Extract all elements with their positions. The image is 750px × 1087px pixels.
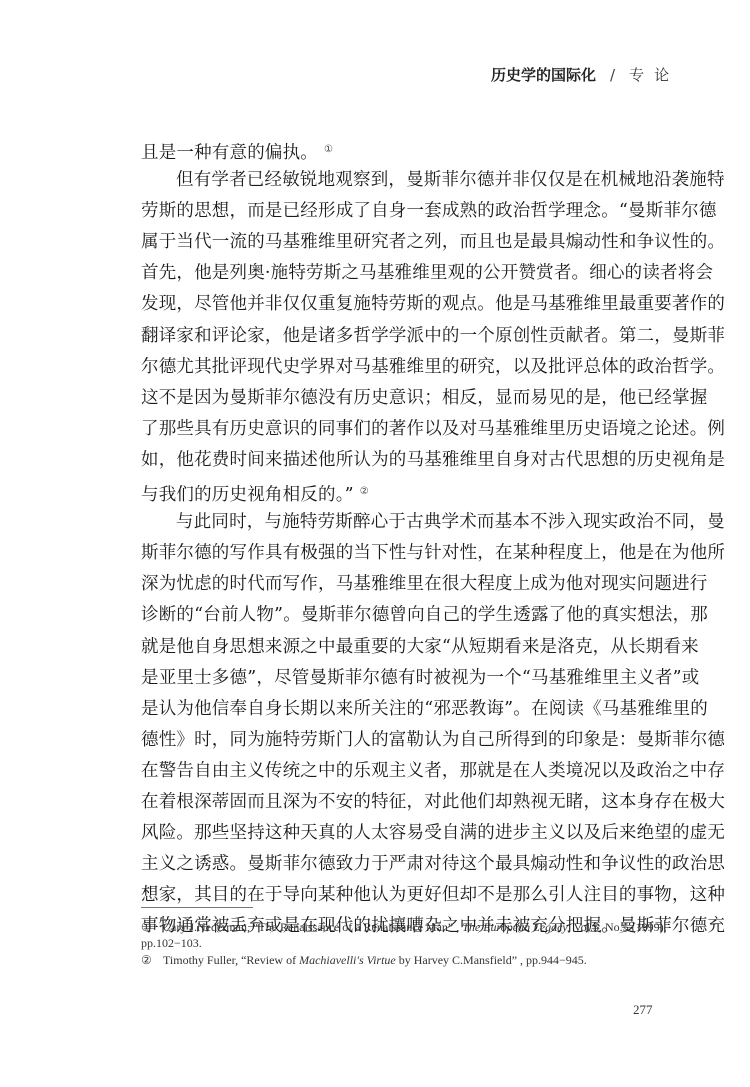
body-line: 尔德尤其批评现代史学界对马基雅维里的研究，以及批评总体的政治哲学。 xyxy=(141,352,661,383)
body-line-text: 但有学者已经敏锐地观察到，曼斯菲尔德并非仅仅是在机械地沿袭施特 xyxy=(176,170,725,190)
body-line-text: 与此同时，与施特劳斯醉心于古典学术而基本不涉入现实政治不同，曼 xyxy=(176,512,725,532)
footnote-2-post: by Harvey C.Mansfield” , pp.944−945. xyxy=(396,953,587,967)
body-line: 属于当代一流的马基雅维里研究者之列，而且也是最具煽动性和争议性的。 xyxy=(141,227,661,258)
body-line: 诊断的“台前人物”。曼斯菲尔德曾向自己的学生透露了他的真实想法，那 xyxy=(141,600,661,631)
running-header: 历史学的国际化/专论 xyxy=(491,64,679,85)
body-line: 在着根深蒂固而且深为不安的特征，对此他们却熟视无睹，这本身存在极大 xyxy=(141,787,661,818)
body-line-text: 这不是因为曼斯菲尔德没有历史意识；相反，显而易见的是，他已经掌握 xyxy=(141,388,707,408)
body-line: 如，他花费时间来描述他所认为的马基雅维里自身对古代思想的历史视角是 xyxy=(141,445,661,476)
body-line: 风险。那些坚持这种天真的人太容易受自满的进步主义以及后来绝望的虚无 xyxy=(141,818,661,849)
body-line: 在警告自由主义传统之中的乐观主义者，那就是在人类境况以及政治之中存 xyxy=(141,756,661,787)
page-number: 277 xyxy=(633,1002,653,1018)
body-line-text: 劳斯的思想，而是已经形成了自身一套成熟的政治哲学理念。“曼斯菲尔德 xyxy=(141,201,717,221)
footnote-divider xyxy=(141,907,253,908)
body-line-text: 属于当代一流的马基雅维里研究者之列，而且也是最具煽动性和争议性的。 xyxy=(141,232,725,252)
body-line-text: 深为忧虑的时代而写作，马基雅维里在很大程度上成为他对现实问题进行 xyxy=(141,574,707,594)
body-text: 且是一种有意的偏执。①但有学者已经敏锐地观察到，曼斯菲尔德并非仅仅是在机械地沿袭… xyxy=(141,134,661,942)
body-line: 主义之诱惑。曼斯菲尔德致力于严肃对待这个最具煽动性和争议性的政治思 xyxy=(141,849,661,880)
body-line: 是认为他信奉自身长期以来所关注的“邪恶教诲”。在阅读《马基雅维里的 xyxy=(141,694,661,725)
footnote-1: ①Cary J.Nederman, “The Renaissance of a … xyxy=(141,920,686,936)
body-line: 与此同时，与施特劳斯醉心于古典学术而基本不涉入现实政治不同，曼 xyxy=(141,507,661,538)
body-line-text: 发现，尽管他并非仅仅重复施特劳斯的观点。他是马基雅维里最重要著作的 xyxy=(141,294,725,314)
footnote-2-book-title: Machiavelli's Virtue xyxy=(299,953,396,967)
body-line: 深为忧虑的时代而写作，马基雅维里在很大程度上成为他对现实问题进行 xyxy=(141,569,661,600)
body-line-text: 翻译家和评论家，他是诸多哲学学派中的一个原创性贡献者。第二，曼斯菲 xyxy=(141,326,725,346)
body-line-text: 与我们的历史视角相反的。” xyxy=(141,485,354,505)
body-line-text: 斯菲尔德的写作具有极强的当下性与针对性，在某种程度上，他是在为他所 xyxy=(141,543,725,563)
body-line: 就是他自身思想来源之中最重要的大家“从短期看来是洛克，从长期看来 xyxy=(141,632,661,663)
body-line: 这不是因为曼斯菲尔德没有历史意识；相反，显而易见的是，他已经掌握 xyxy=(141,383,661,414)
footnotes: ①Cary J.Nederman, “The Renaissance of a … xyxy=(141,920,686,969)
body-line: 翻译家和评论家，他是诸多哲学学派中的一个原创性贡献者。第二，曼斯菲 xyxy=(141,321,661,352)
body-line-text: 主义之诱惑。曼斯菲尔德致力于严肃对待这个最具煽动性和争议性的政治思 xyxy=(141,854,725,874)
body-line-text: 诊断的“台前人物”。曼斯菲尔德曾向自己的学生透露了他的真实想法，那 xyxy=(141,605,708,625)
footnote-2-pre: Timothy Fuller, “Review of xyxy=(163,953,299,967)
footnote-1-post: , Vol.5, No.5 (1999), xyxy=(568,920,667,934)
body-line-text: 在警告自由主义传统之中的乐观主义者，那就是在人类境况以及政治之中存 xyxy=(141,761,725,781)
footnote-1-continuation: pp.102−103. xyxy=(141,936,686,952)
body-line-text: 了那些具有历史意识的同事们的著作以及对马基雅维里历史语境之论述。例 xyxy=(141,419,725,439)
body-line-text: 是亚里士多德”，尽管曼斯菲尔德有时被视为一个“马基雅维里主义者”或 xyxy=(141,668,699,688)
running-header-title: 历史学的国际化 xyxy=(491,66,596,84)
body-line: 发现，尽管他并非仅仅重复施特劳斯的观点。他是马基雅维里最重要著作的 xyxy=(141,289,661,320)
body-line-text: 在着根深蒂固而且深为不安的特征，对此他们却熟视无睹，这本身存在极大 xyxy=(141,792,725,812)
body-line: 德性》时，同为施特劳斯门人的富勒认为自己所得到的印象是：曼斯菲尔德 xyxy=(141,725,661,756)
body-line-text: 如，他花费时间来描述他所认为的马基雅维里自身对古代思想的历史视角是 xyxy=(141,450,725,470)
footnote-2: ②Timothy Fuller, “Review of Machiavelli'… xyxy=(141,953,686,969)
running-header-section: 专论 xyxy=(629,66,679,84)
body-line-text: 是认为他信奉自身长期以来所关注的“邪恶教诲”。在阅读《马基雅维里的 xyxy=(141,699,708,719)
body-line-text: 且是一种有意的偏执。 xyxy=(141,143,318,163)
body-line: 首先，他是列奥·施特劳斯之马基雅维里观的公开赞赏者。细心的读者将会 xyxy=(141,258,661,289)
body-line: 但有学者已经敏锐地观察到，曼斯菲尔德并非仅仅是在机械地沿袭施特 xyxy=(141,165,661,196)
footnote-2-number: ② xyxy=(141,953,163,969)
body-line-text: 想家，其目的在于导向某种他认为更好但却不是那么引人注目的事物，这种 xyxy=(141,885,725,905)
body-line-text: 就是他自身思想来源之中最重要的大家“从短期看来是洛克，从长期看来 xyxy=(141,637,699,657)
footnote-1-number: ① xyxy=(141,920,163,936)
body-line: 且是一种有意的偏执。① xyxy=(141,134,661,165)
body-line: 斯菲尔德的写作具有极强的当下性与针对性，在某种程度上，他是在为他所 xyxy=(141,538,661,569)
footnote-1-pre: Cary J.Nederman, “The Renaissance of a R… xyxy=(163,920,462,934)
body-line-text: 德性》时，同为施特劳斯门人的富勒认为自己所得到的印象是：曼斯菲尔德 xyxy=(141,730,725,750)
body-line-text: 风险。那些坚持这种天真的人太容易受自满的进步主义以及后来绝望的虚无 xyxy=(141,823,725,843)
footnote-reference[interactable]: ② xyxy=(360,486,369,497)
body-line-text: 尔德尤其批评现代史学界对马基雅维里的研究，以及批评总体的政治哲学。 xyxy=(141,357,725,377)
footnote-reference[interactable]: ① xyxy=(324,144,333,155)
body-line: 劳斯的思想，而是已经形成了自身一套成熟的政治哲学理念。“曼斯菲尔德 xyxy=(141,196,661,227)
body-line: 是亚里士多德”，尽管曼斯菲尔德有时被视为一个“马基雅维里主义者”或 xyxy=(141,663,661,694)
body-line: 了那些具有历史意识的同事们的著作以及对马基雅维里历史语境之论述。例 xyxy=(141,414,661,445)
footnote-1-journal: The European Legacy xyxy=(462,920,568,934)
body-line-text: 首先，他是列奥·施特劳斯之马基雅维里观的公开赞赏者。细心的读者将会 xyxy=(141,263,713,283)
body-line: 与我们的历史视角相反的。”② xyxy=(141,476,661,507)
running-header-separator: / xyxy=(610,66,615,84)
